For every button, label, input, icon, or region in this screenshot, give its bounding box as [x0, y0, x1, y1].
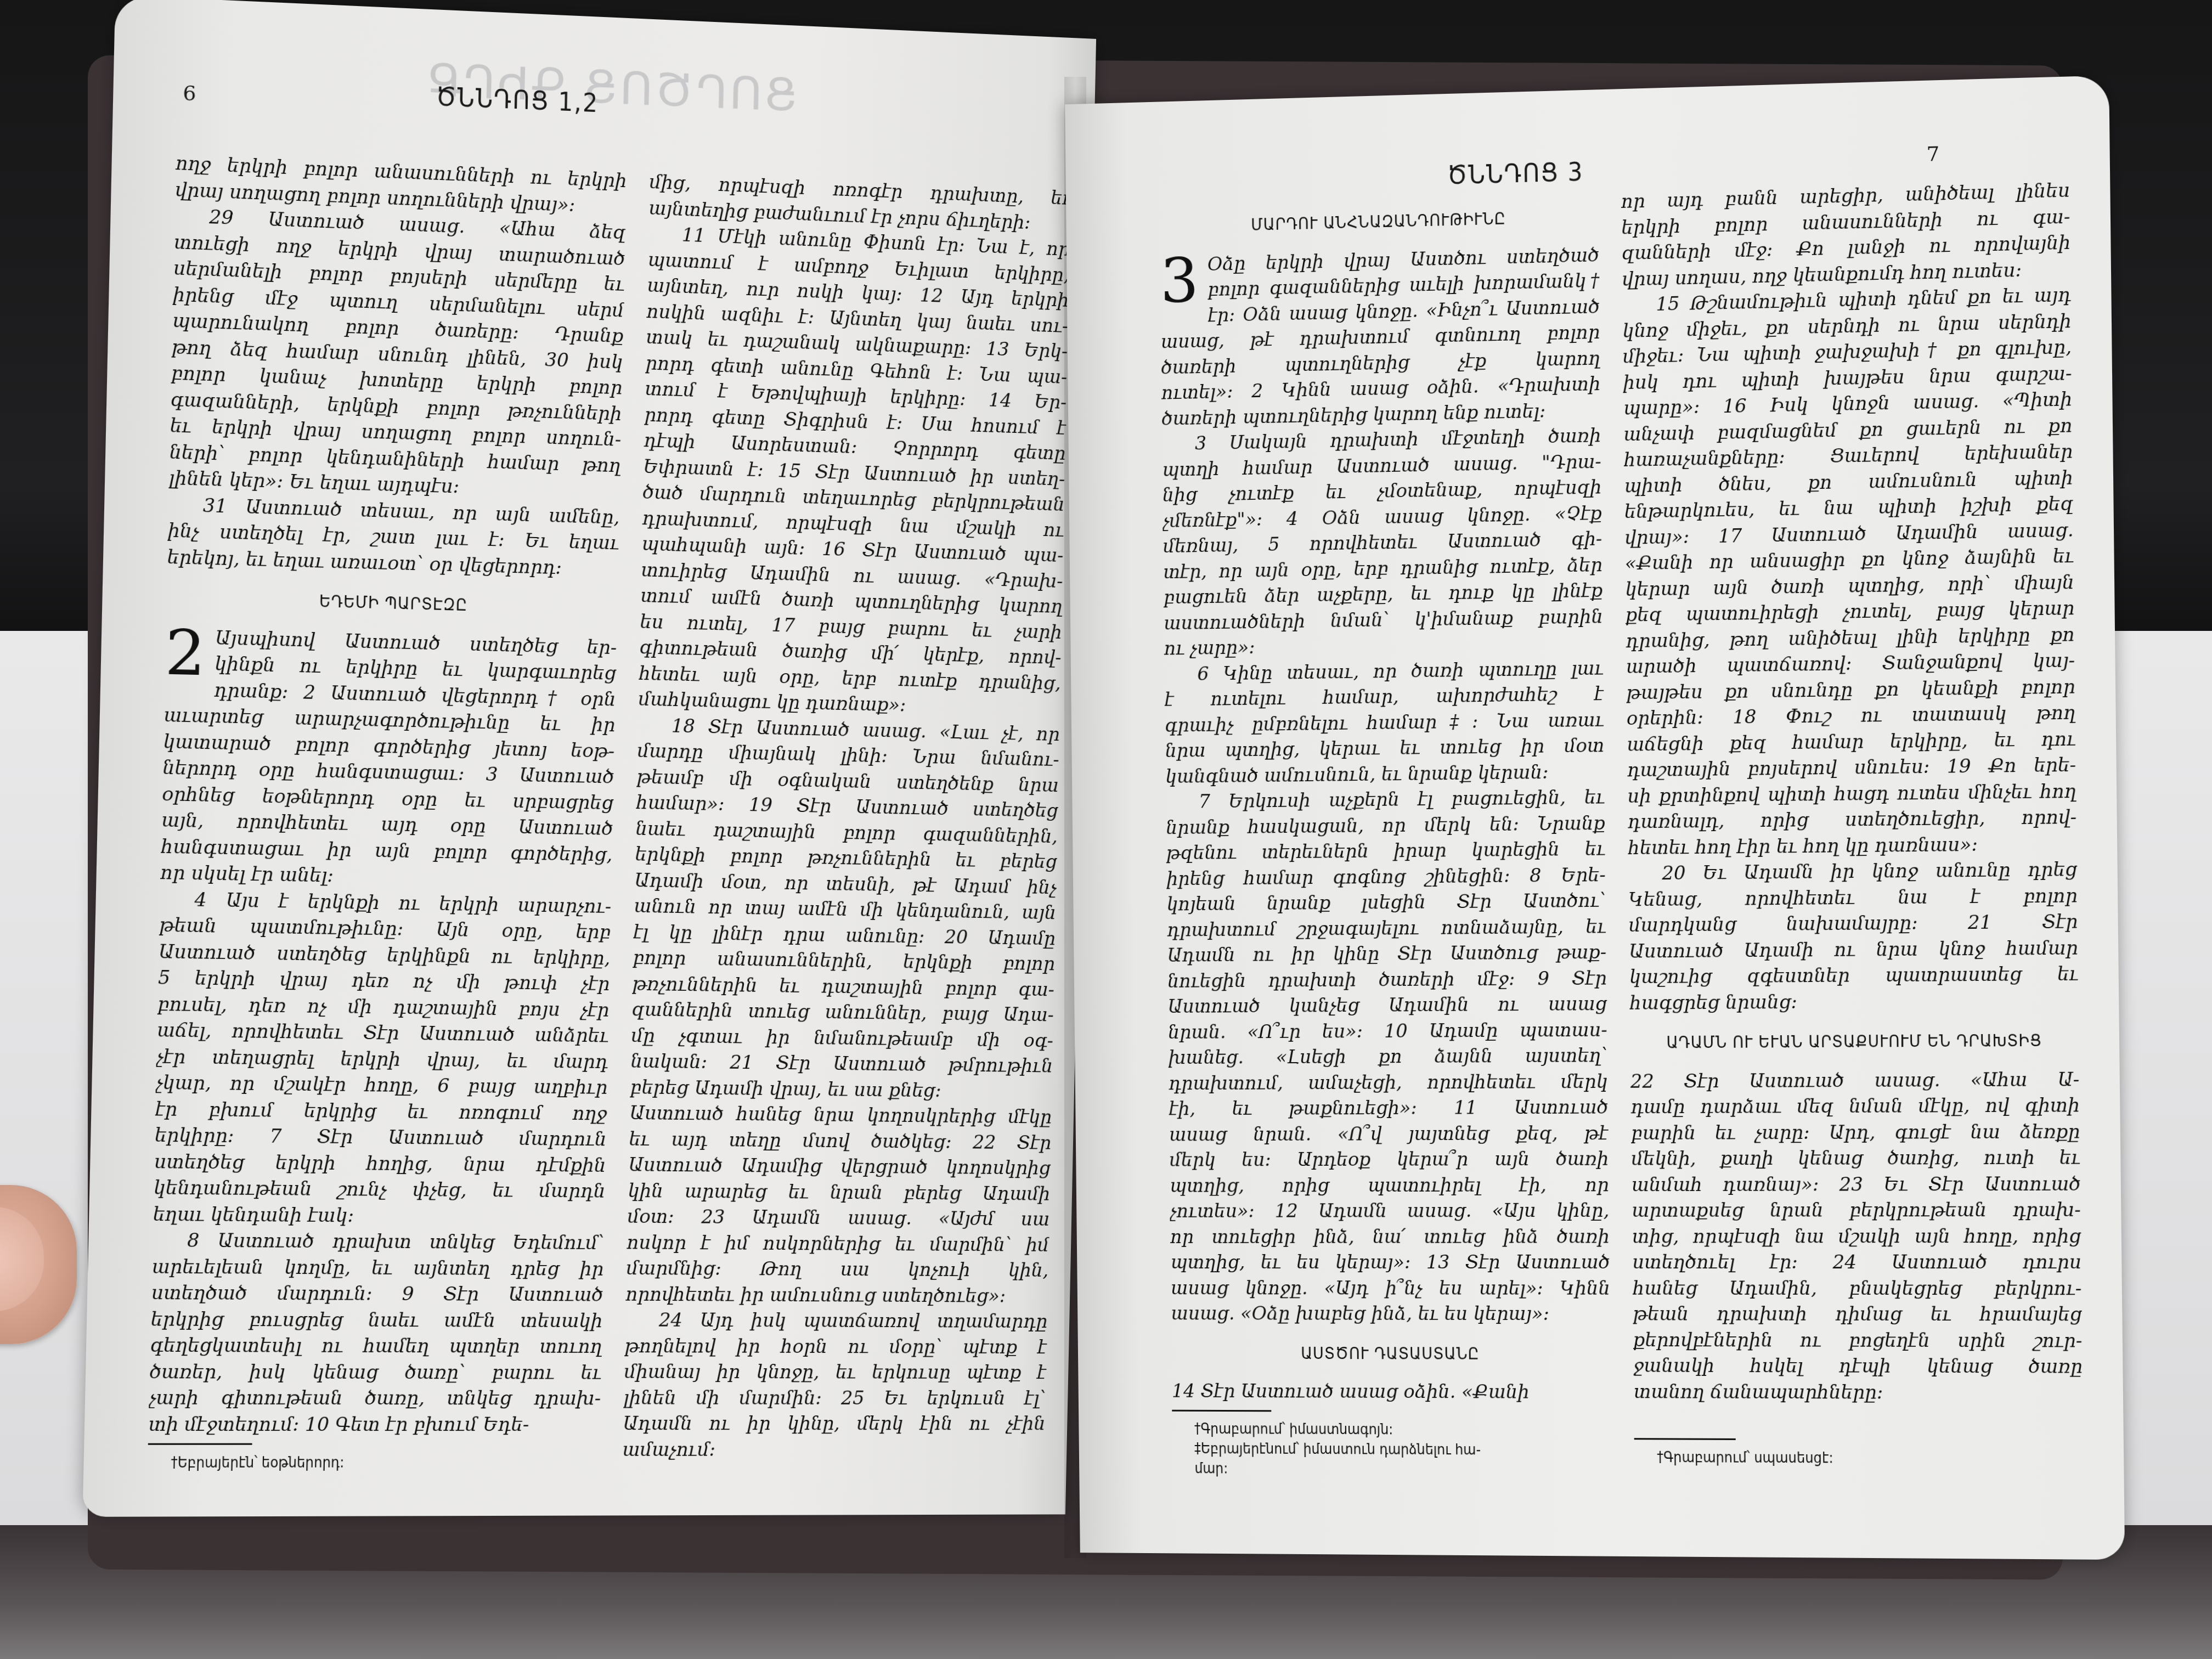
footnote: †Եբրայերէն՝ եօթներորդ: — [148, 1453, 600, 1474]
footnote: ‡Եբրայերէնում՝ իմաստուն դարձնելու հա- — [1172, 1438, 1612, 1460]
section-title: ԱԴԱՄՆ ՈՒ ԵՒԱՆ ԱՐՏԱՔՍՒՈՒՄ ԵՆ ԴՐԱԽՏԻՑ — [1630, 1028, 2079, 1057]
footnote: †Գրաբարում՝ իմաստնագոյն: — [1172, 1419, 1611, 1440]
text-block-top: ողջ երկրի բոլոր անասունների ու երկրիվրայ… — [167, 150, 627, 582]
text-block-chapter: Այսպիսով Աստուած ստեղծեց եր-կինքն ու երկ… — [148, 624, 617, 1438]
text-line: եղաւ կենդանի էակ: — [153, 1201, 605, 1230]
text-line: մարմնից: Թող սա կոչուի կին, — [626, 1256, 1049, 1284]
text-line: ստեղծած մարդուն: 9 Տէր Աստուած — [151, 1280, 603, 1308]
text-line: որ տուեցիր ինձ, նա՛ տուեց ինձ ծառի — [1170, 1224, 1610, 1250]
text-line: ասաց. «Օձը խաբեց ինձ, եւ ես կերայ»: — [1171, 1301, 1610, 1327]
text-line: Ադամն ու իր կինը Տէր Աստծուց թաք- — [1167, 939, 1606, 968]
text-line: էր բխում երկրից եւ ոռոգում ողջ — [155, 1096, 607, 1127]
text-line: տանող ճանապարհները: — [1634, 1379, 2083, 1406]
left-page: ՑՈՐԾՈՑ ԳԻՐՔ 6 ԾՆՆԴՈՑ 1,2 ողջ երկրի բոլոր… — [82, 0, 1096, 1517]
text-line: դաշտային բոյսերով սնուես: 19 Քո երե- — [1627, 752, 2076, 783]
right-column-2: որ այդ բանն արեցիր, անիծեալ լինեսերկրի բ… — [1621, 178, 2084, 1470]
footnotes: †Գրաբարում՝ իմաստնագոյն:‡Եբրայերէնում՝ ի… — [1172, 1419, 1612, 1480]
text-line: պտղից, եւ ես կերայ»: 13 Տէր Աստուած — [1170, 1250, 1610, 1276]
text-line: նական: 21 Տէր Աստուած թմրութիւն — [630, 1048, 1053, 1079]
chapter-number: 2 — [165, 626, 206, 680]
text-line: գեղեցկատեսիլ ու համեղ պտղեր տուող — [150, 1333, 602, 1360]
left-column-1: ողջ երկրի բոլոր անասունների ու երկրիվրայ… — [148, 150, 627, 1473]
text-line: երկրից բուսցրեց նաեւ ամէն տեսակի — [150, 1306, 603, 1334]
page-number: 7 — [1926, 143, 1939, 166]
text-line: ստեղծուել էր: 24 Աստուած դուրս — [1632, 1249, 2081, 1276]
text-line: ասաց կնոջը. «Այդ ի՞նչ ես արել»: Կինն — [1171, 1276, 1610, 1301]
text-line: չկար, որ մշակէր հողը, 6 բայց աղբիւր — [155, 1070, 607, 1101]
text-line: հանեց Ադամին, բնակեցրեց բերկրու- — [1633, 1276, 2082, 1302]
text-line: 14 Տէր Աստուած ասաց օձին. «Քանի — [1172, 1379, 1611, 1406]
text-line: թողնելով իր հօրն ու մօրը՝ պէտք է — [624, 1333, 1047, 1360]
text-line: ստեղծեց երկրի հողից, նրա դէմքին — [154, 1149, 606, 1179]
text-block: որ այդ բանն արեցիր, անիծեալ լինեսերկրի բ… — [1621, 178, 2079, 1016]
page-number: 6 — [183, 82, 196, 105]
text-line: դրախտում, ամաչեցի, որովհետեւ մերկ — [1169, 1069, 1608, 1096]
left-column-2: մից, որպէսզի ոռոգէր դրախտը, եւայնտեղից բ… — [622, 169, 1071, 1463]
text-line: մեկնի, քաղի կենաց ծառից, ուտի եւ — [1631, 1145, 2080, 1172]
text-line: քերովբէներին ու բոցեղէն սրին շուր- — [1633, 1327, 2083, 1354]
text-line: մօտ: 23 Ադամն ասաց. «Այժմ սա — [627, 1204, 1050, 1232]
text-line: չարի գիտութեան ծառը, տնկեց դրախ- — [149, 1385, 601, 1412]
text-line: 7 Երկուսի աչքերն էլ բացուեցին, եւ — [1165, 785, 1605, 815]
text-line: նրանք հասկացան, որ մերկ են: Նրանք — [1166, 810, 1605, 840]
running-head: ԾՆՆԴՈՑ 3 — [1447, 157, 1584, 190]
text-block-after: 14 Տէր Աստուած ասաց օձին. «Քանի — [1172, 1379, 1611, 1406]
chapter-number: 3 — [1160, 254, 1199, 307]
text-line: բերեց Ադամի վրայ, եւ սա քնեց: — [630, 1074, 1053, 1104]
text-line: Աստուած Ադամի ու նրա կնոջ համար — [1629, 935, 2078, 964]
text-block: մից, որպէսզի ոռոգէր դրախտը, եւայնտեղից բ… — [622, 169, 1071, 1463]
text-line: ոսկոր է իմ ոսկորներից եւ մարմին՝ իմ — [627, 1229, 1049, 1258]
text-line: էի, եւ թաքնուեցի»: 11 Աստուած — [1169, 1094, 1608, 1122]
text-line: որովհետեւ իր ամուսնուց ստեղծուեց»: — [625, 1282, 1048, 1309]
text-line: ծառեր, իսկ կենաց ծառը՝ բարու եւ — [149, 1359, 602, 1386]
text-line: թեան դրախտի դիմաց եւ հրամայեց — [1633, 1301, 2082, 1328]
text-line: կենդանութեան շունչ փչեց, եւ մարդն — [153, 1175, 605, 1205]
text-line: Աստուած հանեց նրա կողոսկրերից մէկը — [629, 1100, 1052, 1130]
text-line: դրախտում շրջագայելու ոտնաձայնը, եւ — [1167, 913, 1606, 943]
text-line: մարդկանց նախամայրը: 21 Տէր — [1629, 909, 2078, 939]
text-block-after: 22 Տէր Աստուած ասաց. «Ահա Ա-դամը դարձաւ … — [1630, 1066, 2083, 1406]
text-line: արեւելեան կողմը, եւ այնտեղ դրեց իր — [151, 1254, 604, 1282]
footnote-rule — [1634, 1438, 1736, 1440]
section-title-2: ԱՍՏԾՈՒ ԴԱՏԱՍՏԱՆԸ — [1171, 1341, 1611, 1367]
footnote: մար: — [1172, 1458, 1612, 1480]
text-line: ջանակի հսկել դէպի կենաց ծառը — [1633, 1353, 2083, 1380]
text-line: ասաց նրան. «Ո՞վ յայտնեց քեզ, թէ — [1169, 1120, 1609, 1147]
right-page: ԾՆՆԴՈՑ 3 7 ՄԱՐԴՈՒ ԱՆՀՆԱԶԱՆԴՈՒԹԻՒՆԸ 3 Օձը… — [1065, 75, 2125, 1560]
text-line: Կենաց, որովհետեւ նա է բոլոր — [1628, 883, 2078, 912]
section-title: ԵԴԵՄԻ ՊԱՐՏԷԶԸ — [166, 585, 618, 623]
text-line: մերկ ես: Արդեօք կերա՞ր այն ծառի — [1169, 1146, 1609, 1173]
text-line: անմահ դառնայ»: 23 Եւ Տէր Աստուած — [1632, 1171, 2081, 1198]
text-line: թզենու տերեւներն իրար կարեցին եւ — [1166, 836, 1605, 866]
text-line: արտաքսեց նրան բերկրութեան դրախ- — [1632, 1197, 2081, 1223]
text-line: 8 Աստուած դրախտ տնկեց Եդեմում՝ — [152, 1227, 605, 1256]
text-line: դամը դարձաւ մեզ նման մէկը, ով գիտի — [1630, 1093, 2080, 1120]
text-line: Ադամն ու իր կինը, մերկ էին ու չէին — [623, 1411, 1046, 1437]
text-line: հագցրեց նրանց: — [1629, 988, 2079, 1016]
footnote: †Գրաբարում՝ սպասեսցէ: — [1634, 1447, 2084, 1469]
text-line: Աստուած կանչեց Ադամին ու ասաց — [1167, 991, 1607, 1020]
text-line: միանայ իր կնոջը, եւ երկուսը պէտք է — [624, 1359, 1047, 1385]
text-line: բարին եւ չարը: Արդ, գուցէ նա ձեռքը — [1631, 1119, 2080, 1146]
text-line: նուեցին դրախտի ծառերի մէջ: 9 Տէր — [1167, 966, 1607, 994]
right-column-1: ՄԱՐԴՈՒ ԱՆՀՆԱԶԱՆԴՈՒԹԻՒՆԸ 3 Օձը երկրի վրայ… — [1159, 190, 1612, 1481]
text-line: կաշուից զգեստներ պատրաստեց եւ — [1629, 961, 2079, 990]
running-head: ԾՆՆԴՈՑ 1,2 — [436, 81, 599, 118]
text-line: տի մէջտեղում: 10 Գետ էր բխում Եդե- — [148, 1411, 601, 1437]
text-line: եւ այդ տեղը մսով ծածկեց: 22 Տէր — [629, 1126, 1052, 1156]
section-title: ՄԱՐԴՈՒ ԱՆՀՆԱԶԱՆԴՈՒԹԻՒՆԸ — [1159, 204, 1599, 241]
text-line: տից, որպէսզի նա մշակի այն հողը, որից — [1632, 1223, 2081, 1250]
text-line: չուտես»: 12 Ադամն ասաց. «Այս կինը, — [1170, 1198, 1609, 1224]
text-line: պտղից, որից պատուիրել էի, որ — [1170, 1172, 1609, 1198]
text-line: նրան. «Ո՞ւր ես»: 10 Ադամը պատաս- — [1168, 1017, 1607, 1045]
text-line: իրենց համար գոգնոց շինեցին: 8 Երե- — [1166, 862, 1606, 891]
text-line: ամաչում: — [622, 1437, 1045, 1463]
text-line: երկիրը: 7 Տէր Աստուած մարդուն — [154, 1122, 606, 1153]
text-line: 22 Տէր Աստուած ասաց. «Ահա Ա- — [1630, 1066, 2080, 1094]
text-line: Աստուած Ադամից վերցրած կողոսկրից — [628, 1152, 1051, 1181]
text-line: լինեն մի մարմին: 25 Եւ երկուսն էլ՝ — [623, 1385, 1046, 1411]
text-line: հետեւ հող էիր եւ հող կը դառնաս»: — [1628, 831, 2077, 861]
footnote-rule — [148, 1443, 252, 1445]
text-line: 20 Եւ Ադամն իր կնոջ անունը դրեց — [1628, 856, 2078, 887]
thumbnail-nail — [0, 1207, 44, 1311]
footnote-rule — [1172, 1409, 1271, 1412]
text-block-chapter: Օձը երկրի վրայ Աստծու ստեղծածբոլոր գազան… — [1160, 242, 1610, 1327]
text-line: խանեց. «Լսեցի քո ձայնն այստեղ՝ — [1168, 1043, 1607, 1071]
text-line: կին արարեց եւ նրան բերեց Ադամի — [628, 1178, 1051, 1207]
text-line: կոյեան նրանք լսեցին Տէր Աստծու՝ — [1166, 888, 1606, 917]
text-line: 24 Այդ իսկ պատճառով տղամարդը — [625, 1307, 1048, 1335]
text-line: դառնալդ, որից ստեղծուեցիր, որով- — [1628, 804, 2077, 835]
